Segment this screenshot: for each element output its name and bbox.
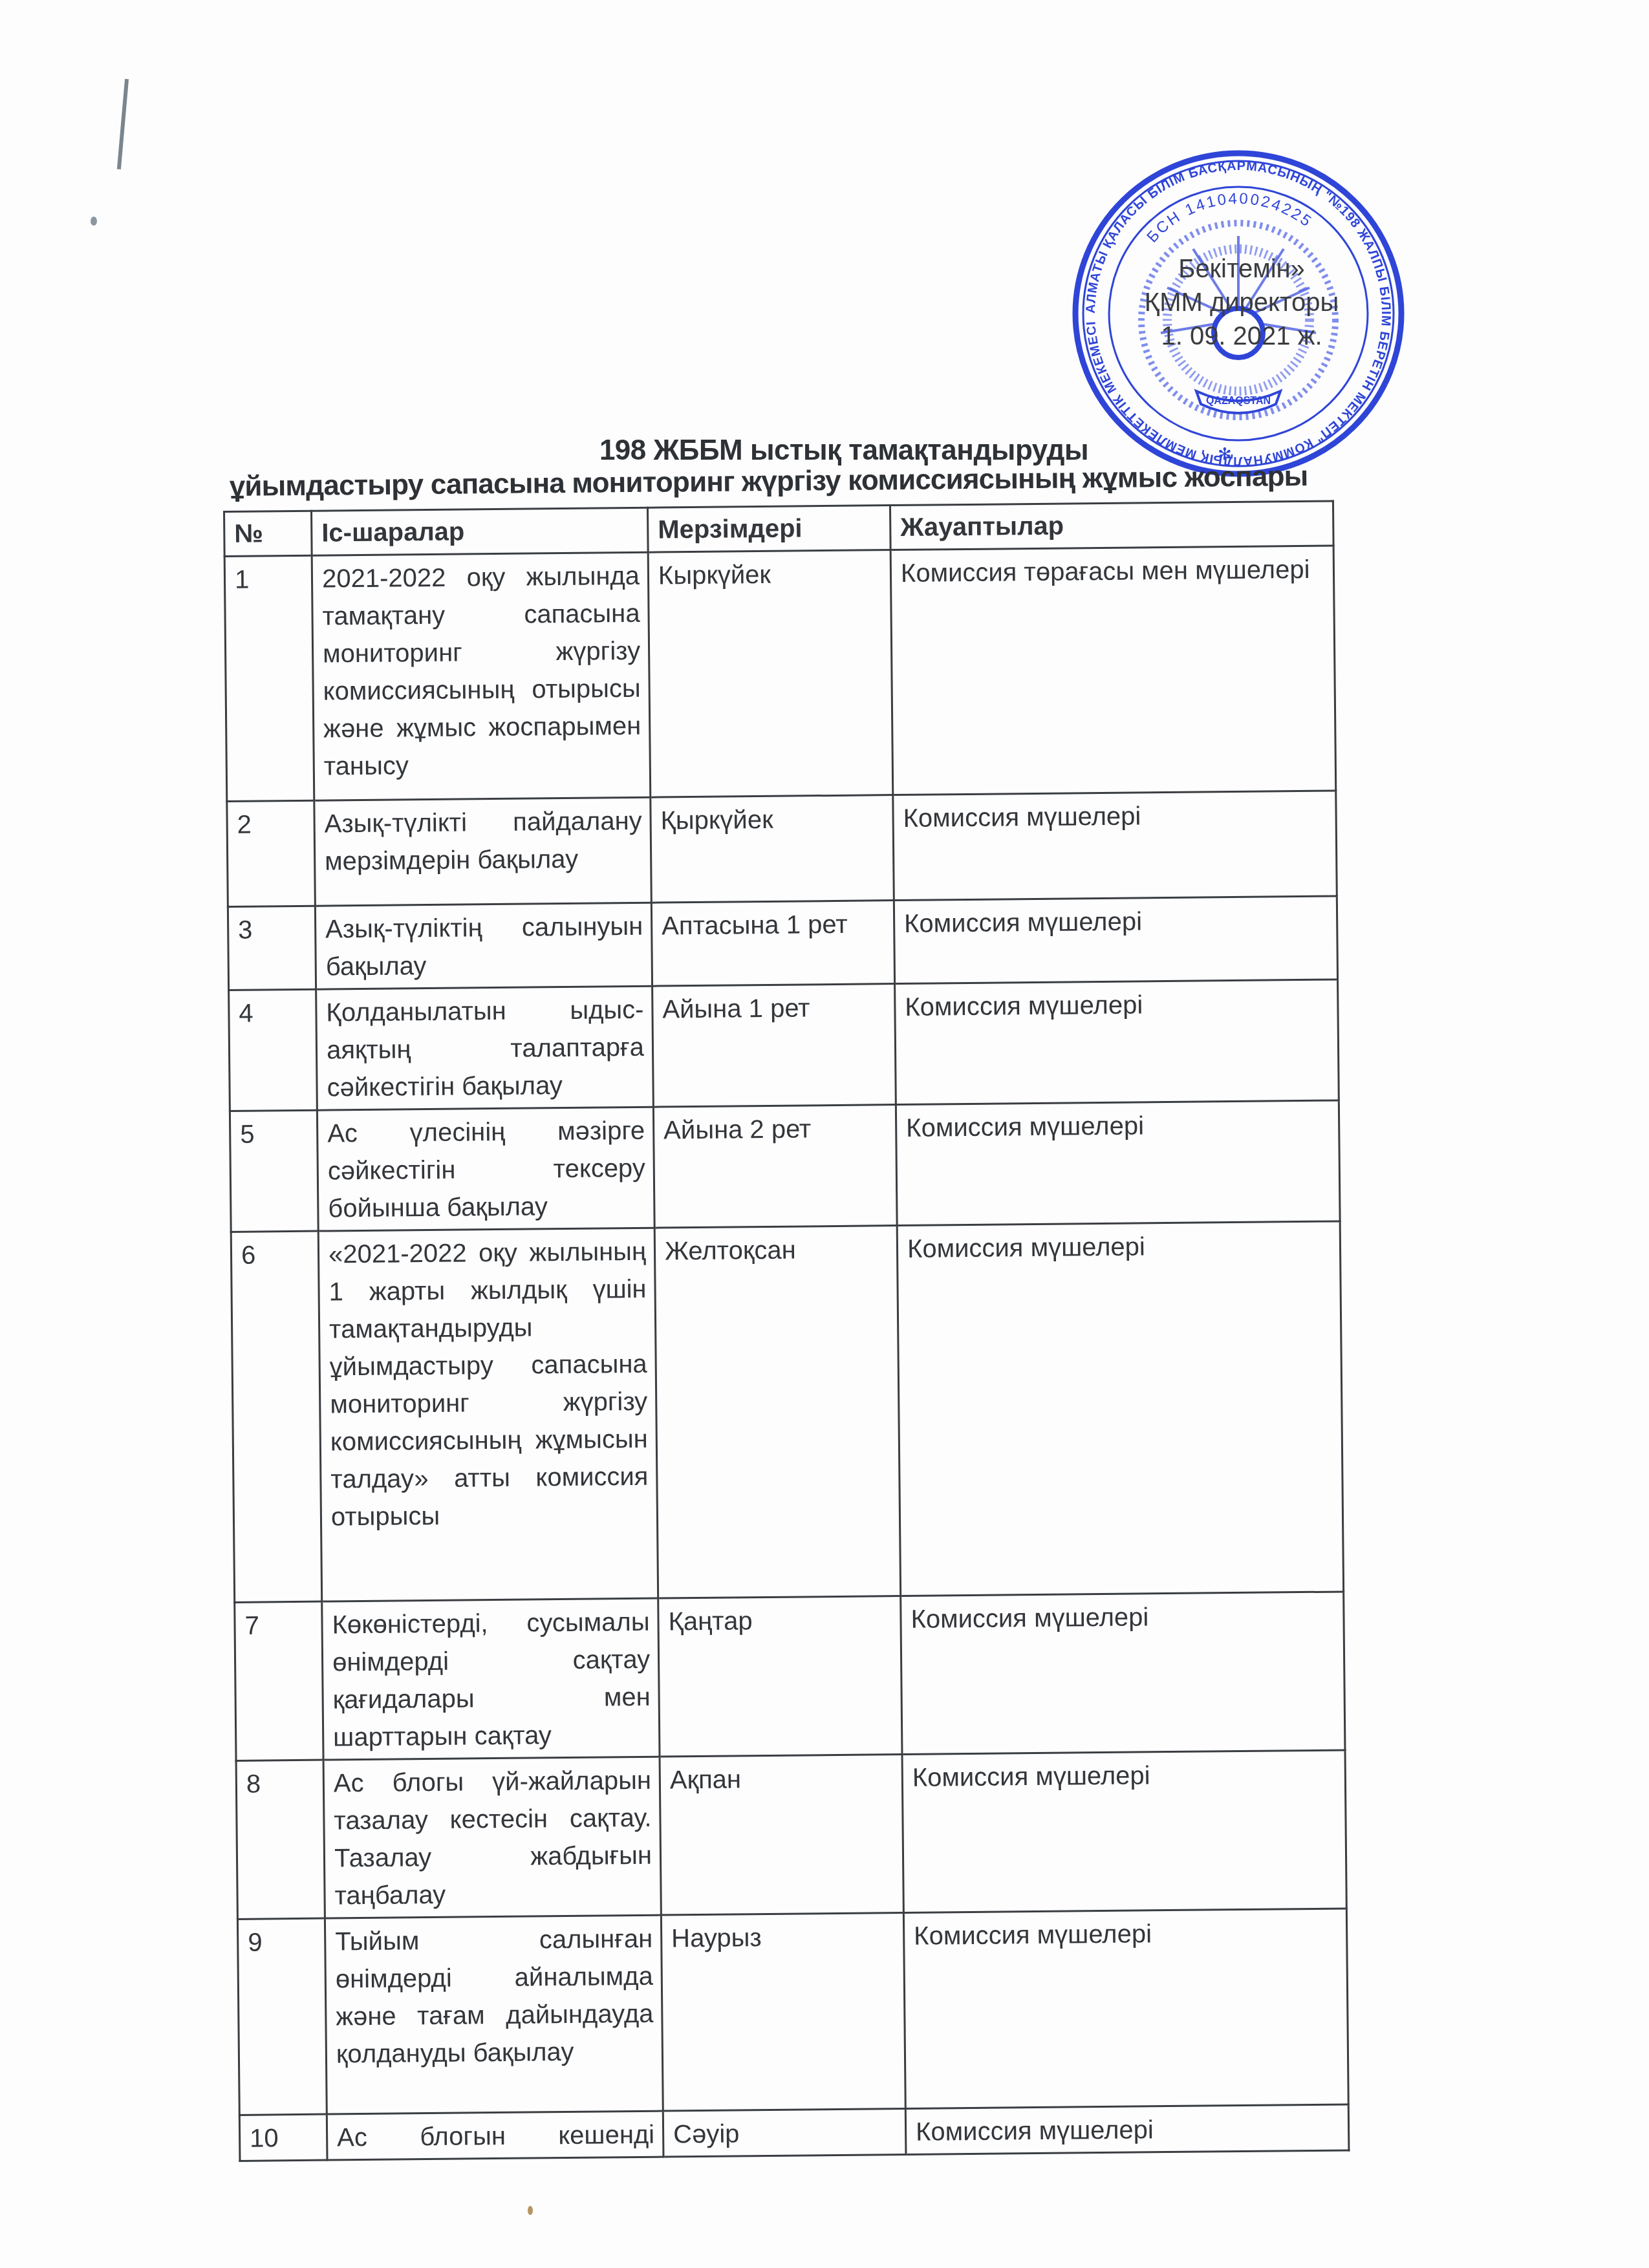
- row-number: 4: [229, 989, 318, 1111]
- row-deadline: Аптасына 1 рет: [651, 901, 894, 987]
- row-activity: Ас блогы үй-жайларын тазалау кестесін са…: [323, 1757, 661, 1918]
- row-activity: 2021-2022 оқу жылында тамақтану сапасына…: [312, 552, 651, 800]
- row-activity: Қолданылатын ыдыс-аяқтың талаптарға сәйк…: [316, 986, 654, 1110]
- work-plan-table: № Іс-шаралар Мерзімдері Жауаптылар 1 202…: [223, 500, 1348, 2162]
- row-activity: Ас үлесінің мәзірге сәйкестігін тексеру …: [317, 1107, 654, 1231]
- row-activity: Көкөністерді, сусымалы өнімдерді сақтау …: [322, 1598, 660, 1760]
- approval-line-1: Бекітемін»: [1073, 252, 1410, 286]
- row-responsible: Комиссия мүшелері: [894, 896, 1337, 984]
- row-responsible: Комиссия төрағасы мен мүшелері: [890, 546, 1336, 795]
- row-responsible: Комиссия мүшелері: [896, 1100, 1340, 1226]
- document-title-line-1: 198 ЖББМ ыстық тамақтандыруды: [0, 434, 1649, 467]
- row-deadline: Ақпан: [660, 1755, 903, 1916]
- row-deadline: Кыркүйек: [648, 550, 893, 798]
- row-activity: «2021-2022 оқу жылының 1 жарты жылдық үш…: [318, 1228, 658, 1601]
- row-number: 8: [236, 1760, 325, 1919]
- row-responsible: Комиссия мүшелері: [905, 2104, 1349, 2155]
- row-number: 5: [230, 1110, 318, 1232]
- row-number: 1: [224, 555, 314, 801]
- table-row: 3 Азық-түліктің салынуын бақылау Аптасын…: [228, 896, 1337, 990]
- svg-text:QAZAQSTAN: QAZAQSTAN: [1206, 396, 1271, 407]
- row-deadline: Сәуір: [663, 2108, 906, 2157]
- row-activity: Азық-түлікті пайдалану мерзімдерін бақыл…: [314, 797, 652, 906]
- row-activity: Азық-түліктің салынуын бақылау: [315, 903, 652, 989]
- row-responsible: Комиссия мүшелері: [893, 791, 1337, 901]
- table-row: 4 Қолданылатын ыдыс-аяқтың талаптарға сә…: [229, 979, 1339, 1111]
- row-responsible: Комиссия мүшелері: [895, 979, 1339, 1105]
- row-number: 9: [237, 1918, 327, 2115]
- table-row: 10 Ас блогын кешенді Сәуір Комиссия мүше…: [239, 2104, 1349, 2161]
- row-number: 10: [239, 2114, 327, 2161]
- row-deadline: Қыркүйек: [651, 795, 894, 903]
- table-row: 7 Көкөністерді, сусымалы өнімдерді сақта…: [235, 1592, 1345, 1760]
- table-row: 8 Ас блогы үй-жайларын тазалау кестесін …: [236, 1750, 1346, 1919]
- row-responsible: Комиссия мүшелері: [903, 1909, 1348, 2109]
- header-deadlines: Мерзімдері: [647, 506, 890, 553]
- table-row: 1 2021-2022 оқу жылында тамақтану сапасы…: [224, 546, 1336, 801]
- table-row: 5 Ас үлесінің мәзірге сәйкестігін тексер…: [230, 1100, 1340, 1232]
- scan-artifact-speck: [91, 217, 97, 226]
- table-row: 9 Тыйым салынған өнімдерді айналымда жән…: [237, 1909, 1348, 2115]
- row-number: 2: [227, 800, 316, 906]
- table-row: 6 «2021-2022 оқу жылының 1 жарты жылдық …: [231, 1221, 1343, 1602]
- header-number: №: [224, 511, 312, 556]
- row-number: 7: [235, 1601, 323, 1760]
- header-responsible: Жауаптылар: [890, 501, 1333, 550]
- table-row: 2 Азық-түлікті пайдалану мерзімдерін бақ…: [227, 791, 1337, 906]
- row-responsible: Комиссия мүшелері: [901, 1592, 1345, 1755]
- row-deadline: Айына 1 рет: [652, 984, 896, 1107]
- row-deadline: Айына 2 рет: [653, 1105, 897, 1228]
- header-activities: Іс-шаралар: [312, 508, 649, 555]
- row-responsible: Комиссия мүшелері: [897, 1221, 1343, 1596]
- approval-line-2: ҚММ директоры: [1073, 286, 1410, 319]
- scan-artifact-speck: [528, 2206, 533, 2215]
- scan-artifact-line: [117, 79, 129, 169]
- row-deadline: Желтоқсан: [654, 1226, 900, 1599]
- row-activity: Тыйым салынған өнімдерді айналымда және …: [325, 1915, 663, 2114]
- row-number: 3: [228, 906, 316, 990]
- approval-line-3: 1. 09. 2021 ж.: [1073, 319, 1410, 353]
- row-activity: Ас блогын кешенді: [327, 2111, 663, 2160]
- row-deadline: Қаңтар: [658, 1596, 902, 1757]
- approval-block: Бекітемін» ҚММ директоры 1. 09. 2021 ж.: [1073, 252, 1410, 353]
- row-number: 6: [231, 1231, 321, 1602]
- row-responsible: Комиссия мүшелері: [902, 1750, 1346, 1913]
- row-deadline: Наурыз: [661, 1912, 905, 2111]
